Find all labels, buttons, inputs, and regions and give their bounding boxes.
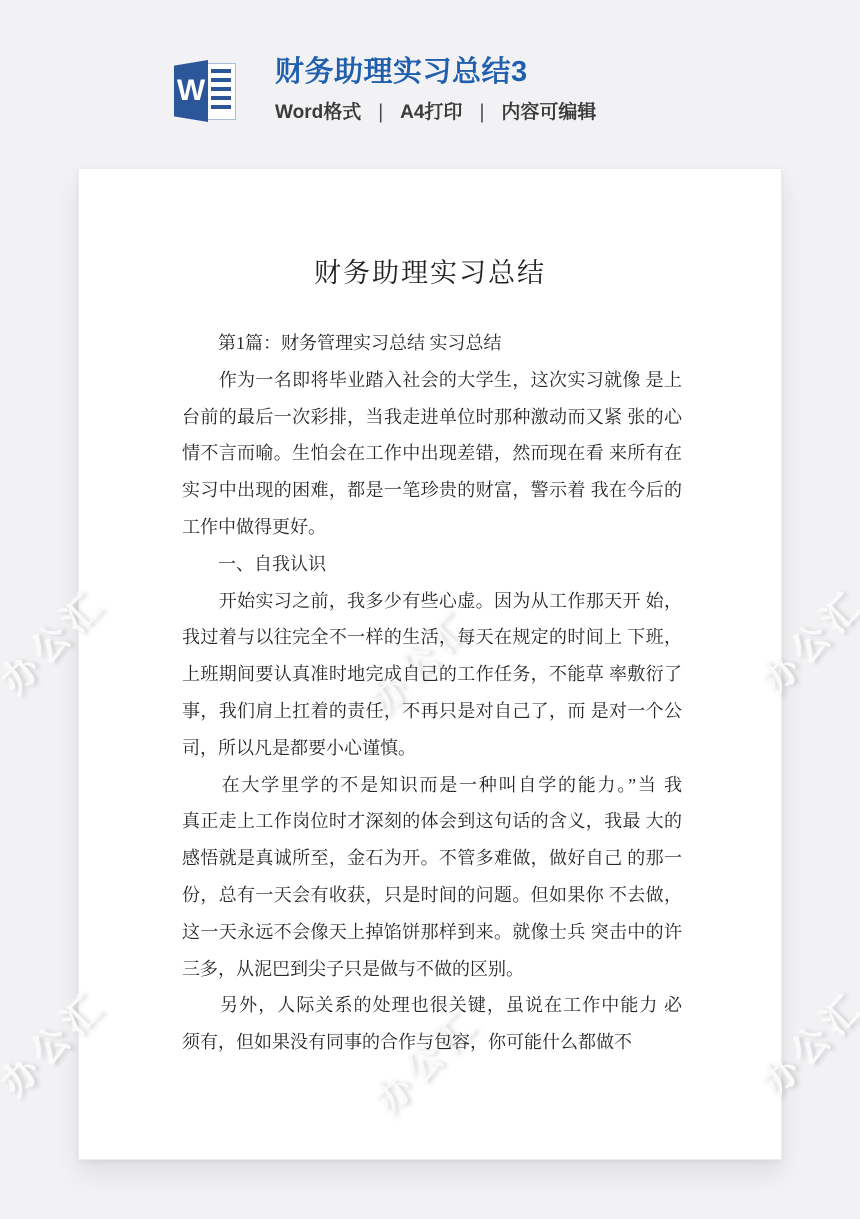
doc-line: 须有，但如果没有同事的合作与包容，你可能什么都做不 bbox=[182, 1024, 682, 1061]
document-title: 财务助理实习总结 bbox=[79, 251, 781, 290]
doc-line: 另外，人际关系的处理也很关键，虽说在工作中能力 必 bbox=[182, 987, 682, 1024]
doc-line: 工作中做得更好。 bbox=[182, 509, 682, 546]
badge-a4-print: A4打印 bbox=[400, 103, 462, 123]
doc-line: 实习中出现的困难，都是一笔珍贵的财富，警示着 我在今后的 bbox=[182, 472, 682, 509]
document-body: 第1篇：财务管理实习总结 实习总结 作为一名即将毕业踏入社会的大学生，这次实习就… bbox=[182, 325, 682, 1061]
document-page: 财务助理实习总结 第1篇：财务管理实习总结 实习总结 作为一名即将毕业踏入社会的… bbox=[78, 168, 782, 1160]
doc-line: 这一天永远不会像天上掉馅饼那样到来。就像士兵 突击中的许 bbox=[182, 914, 682, 951]
format-badges: Word格式 | A4打印 | 内容可编辑 bbox=[275, 103, 596, 123]
doc-line: 三多，从泥巴到尖子只是做与不做的区别。 bbox=[182, 951, 682, 988]
badge-editable: 内容可编辑 bbox=[501, 103, 596, 123]
doc-line: 情不言而喻。生怕会在工作中出现差错，然而现在看 来所有在 bbox=[182, 435, 682, 472]
word-icon-letter: W bbox=[174, 60, 208, 122]
doc-line: 第1篇：财务管理实习总结 实习总结 bbox=[182, 325, 682, 362]
doc-line: 份，总有一天会有收获，只是时间的问题。但如果你 不去做， bbox=[182, 877, 682, 914]
doc-line: 真正走上工作岗位时才深刻的体会到这句话的含义，我最 大的 bbox=[182, 803, 682, 840]
doc-line: 我过着与以往完全不一样的生活，每天在规定的时间上 下班， bbox=[182, 619, 682, 656]
doc-line: 事，我们肩上扛着的责任，不再只是对自己了，而 是对一个公 bbox=[182, 693, 682, 730]
word-icon-document-part bbox=[206, 63, 236, 120]
badge-separator: | bbox=[479, 103, 484, 124]
doc-line: 在大学里学的不是知识而是一种叫自学的能力。”当 我 bbox=[182, 767, 682, 804]
word-icon-text-lines bbox=[211, 69, 231, 114]
doc-line: 台前的最后一次彩排，当我走进单位时那种激动而又紧 张的心 bbox=[182, 399, 682, 436]
header: W 财务助理实习总结3 Word格式 | A4打印 | 内容可编辑 bbox=[172, 57, 596, 127]
doc-line: 上班期间要认真准时地完成自己的工作任务，不能草 率敷衍了 bbox=[182, 656, 682, 693]
doc-line: 作为一名即将毕业踏入社会的大学生，这次实习就像 是上 bbox=[182, 362, 682, 399]
header-text: 财务助理实习总结3 Word格式 | A4打印 | 内容可编辑 bbox=[275, 57, 596, 123]
doc-line: 司，所以凡是都要小心谨慎。 bbox=[182, 730, 682, 767]
badge-separator: | bbox=[378, 103, 383, 124]
word-icon: W bbox=[172, 59, 238, 127]
doc-line: 开始实习之前，我多少有些心虚。因为从工作那天开 始， bbox=[182, 583, 682, 620]
doc-line: 感悟就是真诚所至，金石为开。不管多难做，做好自己 的那一 bbox=[182, 840, 682, 877]
badge-word-format: Word格式 bbox=[275, 103, 361, 123]
page-title: 财务助理实习总结3 bbox=[275, 57, 596, 87]
doc-line: 一、自我认识 bbox=[182, 546, 682, 583]
